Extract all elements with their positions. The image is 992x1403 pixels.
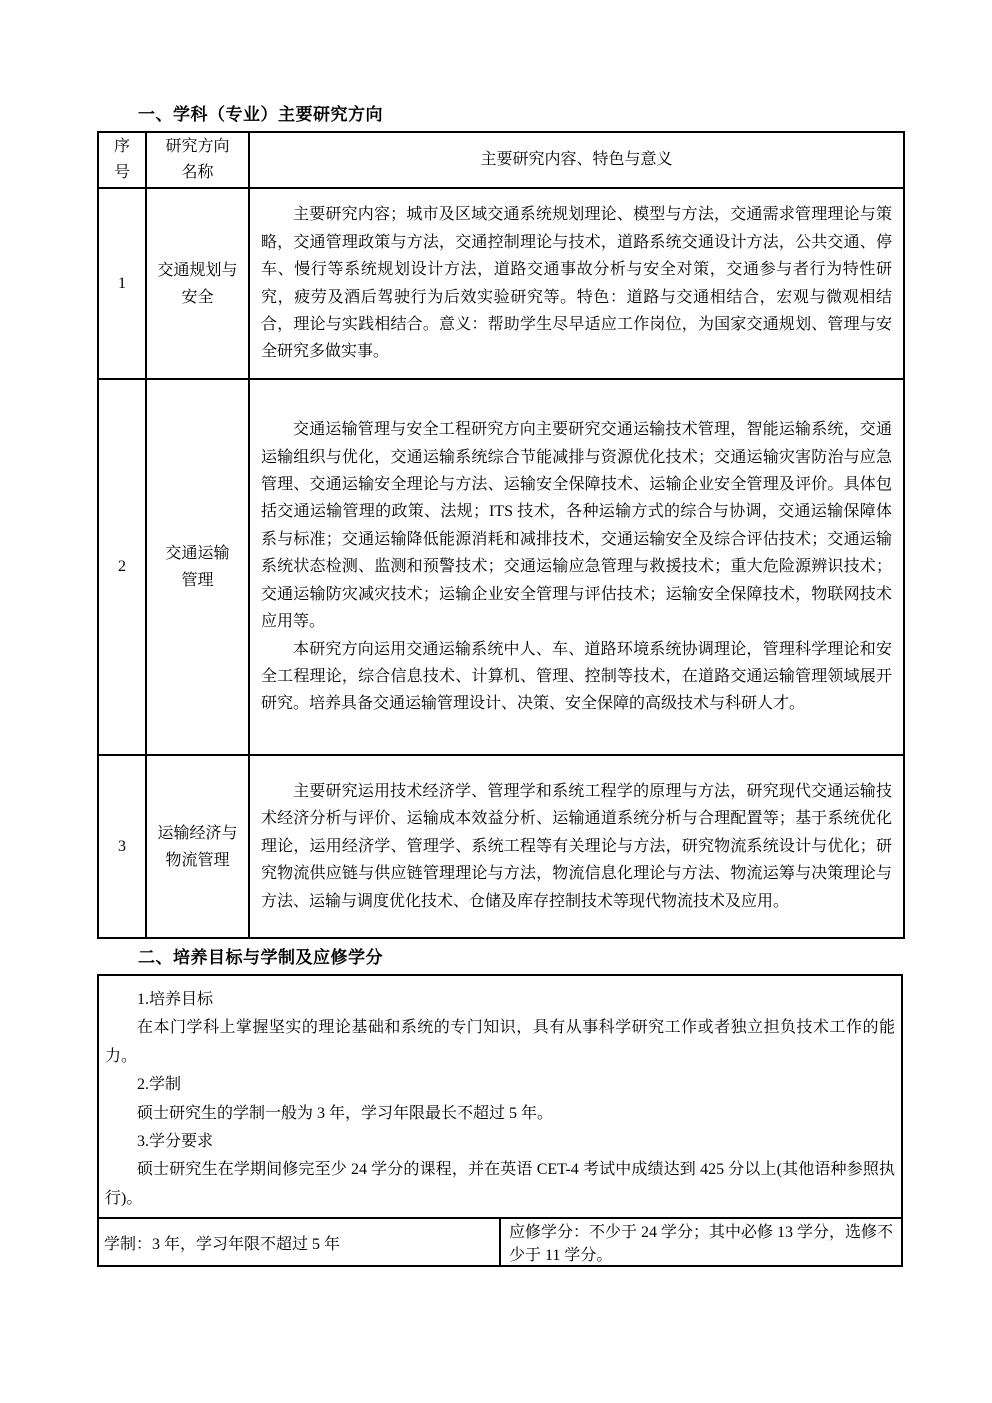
- table-header-row: 序 号 研究方向 名称 主要研究内容、特色与意义: [98, 132, 904, 188]
- row-description: 交通运输管理与安全工程研究方向主要研究交通运输技术管理，智能运输系统，交通运输组…: [249, 379, 904, 755]
- section2-title: 二、培养目标与学制及应修学分: [138, 946, 903, 970]
- goal-text: 在本门学科上掌握坚实的理论基础和系统的专门知识，具有从事科学研究工作或者独立担负…: [105, 1014, 895, 1071]
- table-row: 2 交通运输 管理 交通运输管理与安全工程研究方向主要研究交通运输技术管理，智能…: [98, 379, 904, 755]
- row-index: 3: [98, 755, 146, 938]
- document-content: 一、学科（专业）主要研究方向 序 号 研究方向 名称 主要研究内容、特色与意义 …: [97, 103, 903, 1267]
- research-directions-table: 序 号 研究方向 名称 主要研究内容、特色与意义 1 交通规划与 安全 主要研究…: [97, 131, 905, 939]
- row-index: 2: [98, 379, 146, 755]
- summary-duration: 学制：3 年，学习年限不超过 5 年: [98, 1218, 500, 1266]
- section1-title: 一、学科（专业）主要研究方向: [138, 103, 903, 127]
- row-description: 主要研究运用技术经济学、管理学和系统工程学的原理与方法，研究现代交通运输技术经济…: [249, 755, 904, 938]
- row-direction-name: 运输经济与 物流管理: [146, 755, 249, 938]
- table-row: 3 运输经济与 物流管理 主要研究运用技术经济学、管理学和系统工程学的原理与方法…: [98, 755, 904, 938]
- credits-text: 硕士研究生在学期间修完至少 24 学分的课程，并在英语 CET-4 考试中成绩达…: [105, 1156, 895, 1213]
- column-header-name: 研究方向 名称: [146, 132, 249, 188]
- summary-credits: 应修学分：不少于 24 学分；其中必修 13 学分，选修不少于 11 学分。: [500, 1218, 902, 1266]
- paragraph: 主要研究内容；城市及区域交通系统规划理论、模型与方法，交通需求管理理论与策略，交…: [261, 201, 892, 365]
- summary-row: 学制：3 年，学习年限不超过 5 年 应修学分：不少于 24 学分；其中必修 1…: [98, 1218, 902, 1266]
- table-row: 1 交通规划与 安全 主要研究内容；城市及区域交通系统规划理论、模型与方法，交通…: [98, 188, 904, 379]
- row-index: 1: [98, 188, 146, 379]
- row-direction-name: 交通运输 管理: [146, 379, 249, 755]
- paragraph: 交通运输管理与安全工程研究方向主要研究交通运输技术管理，智能运输系统，交通运输组…: [261, 416, 892, 635]
- paragraph: 本研究方向运用交通运输系统中人、车、道路环境系统协调理论，管理科学理论和安全工程…: [261, 636, 892, 718]
- column-header-index: 序 号: [98, 132, 146, 188]
- document-page: 一、学科（专业）主要研究方向 序 号 研究方向 名称 主要研究内容、特色与意义 …: [0, 0, 992, 1403]
- goal-heading: 1.培养目标: [105, 986, 895, 1014]
- duration-heading: 2.学制: [105, 1071, 895, 1099]
- duration-text: 硕士研究生的学制一般为 3 年，学习年限最长不超过 5 年。: [105, 1100, 895, 1128]
- credits-heading: 3.学分要求: [105, 1128, 895, 1156]
- row-direction-name: 交通规划与 安全: [146, 188, 249, 379]
- paragraph: 主要研究运用技术经济学、管理学和系统工程学的原理与方法，研究现代交通运输技术经济…: [261, 778, 892, 915]
- training-goals-table: 1.培养目标 在本门学科上掌握坚实的理论基础和系统的专门知识，具有从事科学研究工…: [97, 974, 903, 1267]
- goals-content-row: 1.培养目标 在本门学科上掌握坚实的理论基础和系统的专门知识，具有从事科学研究工…: [98, 975, 902, 1218]
- column-header-content: 主要研究内容、特色与意义: [249, 132, 904, 188]
- goals-content-cell: 1.培养目标 在本门学科上掌握坚实的理论基础和系统的专门知识，具有从事科学研究工…: [98, 975, 902, 1218]
- row-description: 主要研究内容；城市及区域交通系统规划理论、模型与方法，交通需求管理理论与策略，交…: [249, 188, 904, 379]
